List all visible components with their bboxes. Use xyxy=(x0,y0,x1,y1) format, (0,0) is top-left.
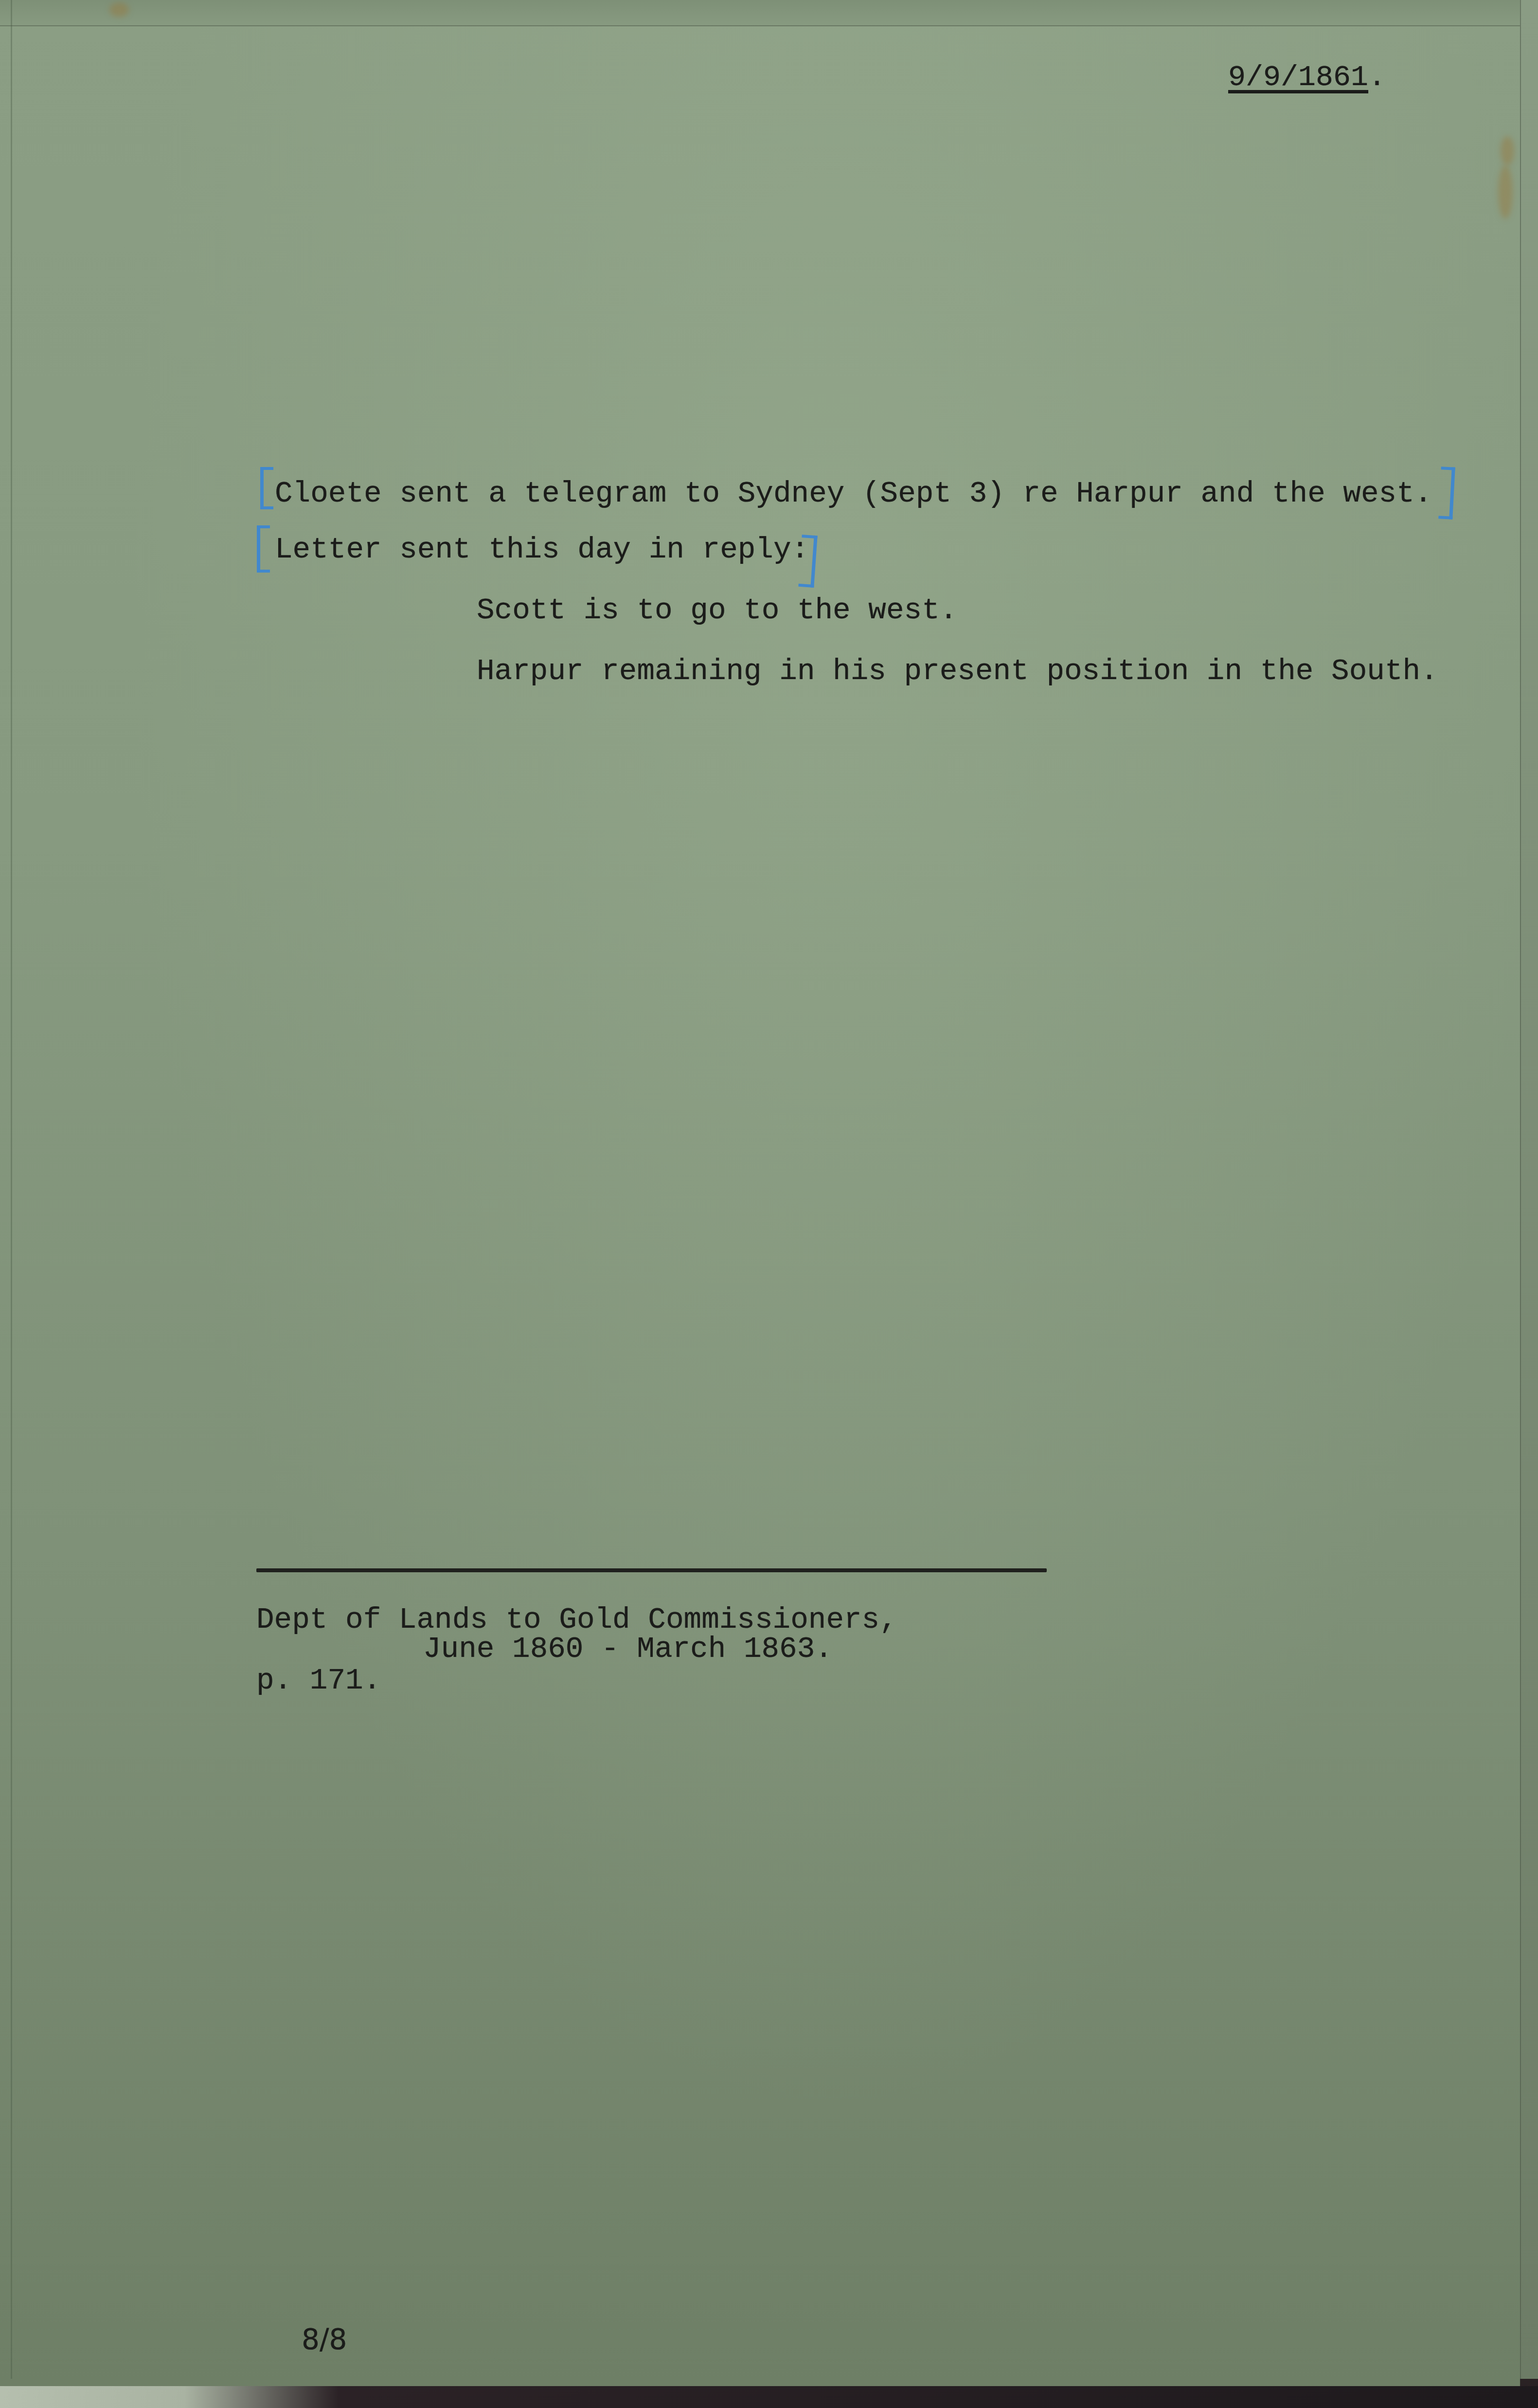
citation-date-range: June 1860 - March 1863. xyxy=(423,1635,833,1664)
citation-page: p. 171. xyxy=(256,1666,381,1696)
paper-edge-right xyxy=(1520,0,1538,2379)
body-line-harpur: Harpur remaining in his present position… xyxy=(477,657,1438,686)
document-date: 9/9/1861. xyxy=(1228,63,1386,92)
body-line-scott: Scott is to go to the west. xyxy=(477,596,957,626)
body-line-letter: Letter sent this day in reply: xyxy=(275,535,809,565)
rust-stain xyxy=(1498,165,1513,219)
background-surface xyxy=(0,2386,1538,2408)
paper-sheet: 9/9/1861. Cloete sent a telegram to Sydn… xyxy=(0,0,1520,2386)
body-line-telegram: Cloete sent a telegram to Sydney (Sept 3… xyxy=(275,479,1432,509)
paper-top-edge xyxy=(0,0,1538,26)
citation-divider xyxy=(256,1568,1047,1572)
rust-stain xyxy=(1501,136,1514,165)
paper-fold-line xyxy=(11,0,12,2379)
citation-source: Dept of Lands to Gold Commissioners, xyxy=(256,1605,897,1635)
blue-bracket-open-icon xyxy=(260,467,273,509)
date-text: 9/9/1861 xyxy=(1228,61,1368,94)
page-number: 8/8 xyxy=(302,2325,347,2354)
date-period: . xyxy=(1368,61,1386,94)
blue-bracket-open-icon xyxy=(257,525,270,573)
blue-bracket-close-icon xyxy=(798,535,817,588)
rust-stain xyxy=(109,2,129,17)
blue-bracket-close-icon xyxy=(1438,467,1455,519)
